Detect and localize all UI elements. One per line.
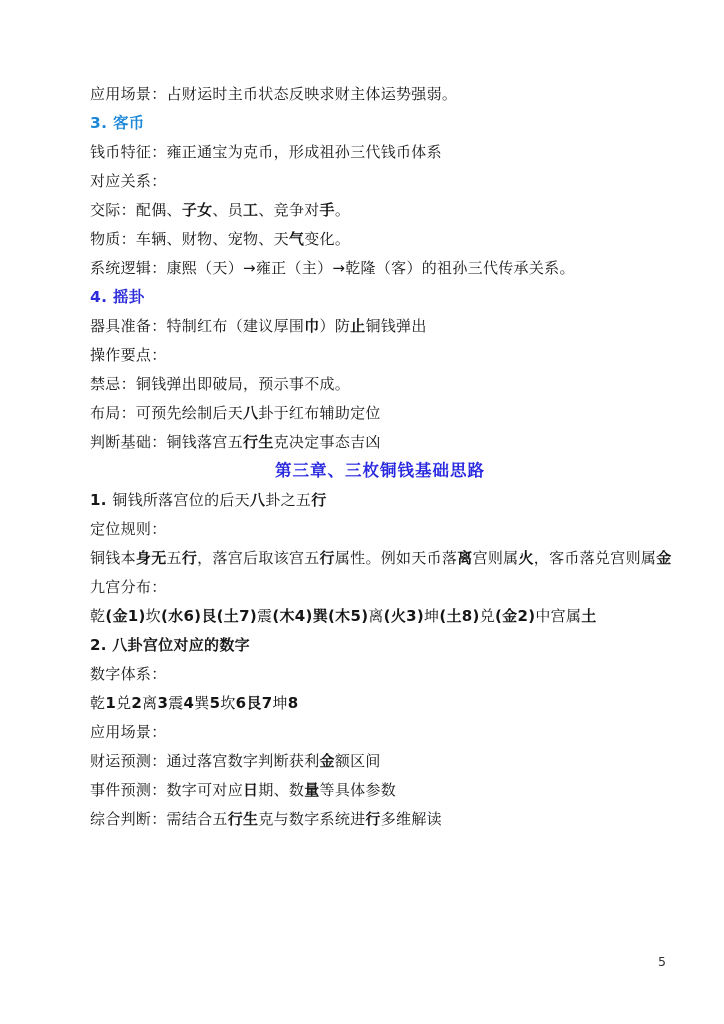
page-number: 5	[658, 954, 666, 969]
text-segment: 、员	[212, 201, 243, 219]
text-segment: 坎	[146, 607, 161, 625]
text-segment: 量	[304, 781, 319, 799]
body-paragraph: 财运预测：通过落宫数字判断获利金额区间	[90, 753, 670, 769]
text-segment: 布局：可预先绘制后天	[90, 404, 243, 422]
body-paragraph: 判断基础：铜钱落宫五行生克决定事态吉凶	[90, 434, 670, 450]
text-segment: 宫则属	[473, 549, 519, 567]
text-segment: 金	[656, 549, 671, 567]
text-segment: 交际：配偶、	[90, 201, 182, 219]
text-segment: 。	[335, 201, 350, 219]
section-heading: 3. 客币	[90, 115, 670, 131]
text-segment: 止	[350, 317, 365, 335]
body-paragraph: 2. 八卦宫位对应的数字	[90, 637, 670, 653]
text-segment: 应用场景：	[90, 723, 167, 741]
text-segment: 铜钱所落宫位的后天	[112, 491, 250, 509]
text-segment: 坎	[220, 694, 235, 712]
text-segment: 1.	[90, 491, 112, 509]
text-segment: 第三章、三枚铜钱基础思路	[275, 461, 485, 480]
body-paragraph: 乾(金1)坎(水6)艮(土7)震(木4)巽(木5)离(火3)坤(土8)兑(金2)…	[90, 608, 670, 624]
text-segment: 铜钱弹出	[365, 317, 426, 335]
chapter-heading: 第三章、三枚铜钱基础思路	[90, 463, 670, 479]
body-paragraph: 交际：配偶、子女、员工、竞争对手。	[90, 202, 670, 218]
text-segment: 九宫分布：	[90, 578, 167, 596]
text-segment: 巽	[313, 607, 328, 625]
body-paragraph: 综合判断：需结合五行生克与数字系统进行多维解读	[90, 811, 670, 827]
text-segment: 禁忌：铜钱弹出即破局，预示事不成。	[90, 375, 350, 393]
text-segment: 7	[262, 694, 273, 712]
text-segment: 对应关系：	[90, 172, 167, 190]
body-paragraph: 事件预测：数字可对应日期、数量等具体参数	[90, 782, 670, 798]
text-segment: 器具准备：特制红布（建议厚围	[90, 317, 304, 335]
text-segment: (木5)	[328, 607, 368, 625]
text-segment: 等具体参数	[320, 781, 397, 799]
text-segment: 行	[182, 549, 197, 567]
text-segment: 兑	[116, 694, 131, 712]
text-segment: 坤	[424, 607, 439, 625]
text-segment: 行生	[243, 433, 274, 451]
text-segment: (土8)	[439, 607, 479, 625]
text-segment: 8	[288, 694, 299, 712]
body-paragraph: 布局：可预先绘制后天八卦于红布辅助定位	[90, 405, 670, 421]
text-segment: 综合判断：需结合五	[90, 810, 228, 828]
text-segment: 巾	[304, 317, 319, 335]
text-segment: 应用场景：占财运时主币状态反映求财主体运势强弱。	[90, 85, 457, 103]
text-segment: 钱币特征：雍正通宝为克币，形成祖孙三代钱币体系	[90, 143, 442, 161]
text-segment: 系统逻辑：康熙（天）→雍正（主）→乾隆（客）的祖孙三代传承关系。	[90, 259, 575, 277]
text-segment: 金	[320, 752, 335, 770]
text-segment: 五	[167, 549, 182, 567]
text-segment: (木4)	[272, 607, 312, 625]
text-segment: 2	[131, 694, 142, 712]
text-segment: ）防	[320, 317, 351, 335]
text-segment: 坤	[272, 694, 287, 712]
text-segment: 卦于红布辅助定位	[258, 404, 380, 422]
text-segment: 克与数字系统进	[258, 810, 365, 828]
text-segment: 3	[157, 694, 168, 712]
body-paragraph: 九宫分布：	[90, 579, 670, 595]
text-segment: 乾	[90, 607, 105, 625]
text-segment: 、竞争对	[258, 201, 319, 219]
document-body: 应用场景：占财运时主币状态反映求财主体运势强弱。3. 客币钱币特征：雍正通宝为克…	[90, 86, 670, 840]
body-paragraph: 物质：车辆、财物、宠物、天气变化。	[90, 231, 670, 247]
body-paragraph: 定位规则：	[90, 521, 670, 537]
text-segment: 3. 客币	[90, 114, 145, 132]
text-segment: 行	[311, 491, 326, 509]
text-segment: 震	[257, 607, 272, 625]
text-segment: 2. 八卦宫位对应的数字	[90, 636, 250, 654]
text-segment: (金2)	[495, 607, 535, 625]
body-paragraph: 禁忌：铜钱弹出即破局，预示事不成。	[90, 376, 670, 392]
body-paragraph: 乾1兑2离3震4巽5坎6艮7坤8	[90, 695, 670, 711]
section-heading: 4. 摇卦	[90, 289, 670, 305]
text-segment: 艮	[201, 607, 216, 625]
body-paragraph: 系统逻辑：康熙（天）→雍正（主）→乾隆（客）的祖孙三代传承关系。	[90, 260, 670, 276]
text-segment: 5	[210, 694, 221, 712]
text-segment: (水6)	[161, 607, 201, 625]
text-segment: 事件预测：数字可对应	[90, 781, 243, 799]
text-segment: 土	[581, 607, 596, 625]
body-paragraph: 铜钱本身无五行，落宫后取该宫五行属性。例如天币落离宫则属火，客币落兑宫则属金	[90, 550, 670, 566]
text-segment: 八	[243, 404, 258, 422]
body-paragraph: 操作要点：	[90, 347, 670, 363]
text-segment: 4. 摇卦	[90, 288, 145, 306]
text-segment: (金1)	[105, 607, 145, 625]
text-segment: 属性。例如天币落	[335, 549, 457, 567]
text-segment: 身无	[136, 549, 167, 567]
text-segment: 判断基础：铜钱落宫五	[90, 433, 243, 451]
body-paragraph: 应用场景：	[90, 724, 670, 740]
text-segment: 操作要点：	[90, 346, 167, 364]
text-segment: 子女	[182, 201, 213, 219]
text-segment: 离	[142, 694, 157, 712]
text-segment: 财运预测：通过落宫数字判断获利	[90, 752, 320, 770]
text-segment: 行生	[228, 810, 259, 828]
text-segment: 6	[236, 694, 247, 712]
text-segment: 行	[320, 549, 335, 567]
text-segment: 期、数	[258, 781, 304, 799]
text-segment: 日	[243, 781, 258, 799]
text-segment: 中宫属	[535, 607, 581, 625]
text-segment: 八	[250, 491, 265, 509]
text-segment: 工	[243, 201, 258, 219]
text-segment: 乾	[90, 694, 105, 712]
body-paragraph: 器具准备：特制红布（建议厚围巾）防止铜钱弹出	[90, 318, 670, 334]
text-segment: 震	[168, 694, 183, 712]
text-segment: 手	[320, 201, 335, 219]
text-segment: 卦之五	[265, 491, 311, 509]
text-segment: 行	[365, 810, 380, 828]
text-segment: 离	[457, 549, 472, 567]
text-segment: 气	[289, 230, 304, 248]
text-segment: 兑	[480, 607, 495, 625]
body-paragraph: 数字体系：	[90, 666, 670, 682]
text-segment: 铜钱本	[90, 549, 136, 567]
text-segment: 4	[184, 694, 195, 712]
text-segment: ，客币落兑宫则属	[534, 549, 656, 567]
body-paragraph: 钱币特征：雍正通宝为克币，形成祖孙三代钱币体系	[90, 144, 670, 160]
text-segment: 艮	[246, 694, 261, 712]
text-segment: 巽	[194, 694, 209, 712]
text-segment: 额区间	[335, 752, 381, 770]
text-segment: 火	[518, 549, 533, 567]
document-page: 应用场景：占财运时主币状态反映求财主体运势强弱。3. 客币钱币特征：雍正通宝为克…	[0, 0, 724, 1024]
text-segment: ，落宫后取该宫五	[197, 549, 319, 567]
text-segment: (土7)	[217, 607, 257, 625]
text-segment: 1	[105, 694, 116, 712]
body-paragraph: 应用场景：占财运时主币状态反映求财主体运势强弱。	[90, 86, 670, 102]
text-segment: 变化。	[304, 230, 350, 248]
body-paragraph: 对应关系：	[90, 173, 670, 189]
text-segment: 多维解读	[381, 810, 442, 828]
text-segment: (火3)	[384, 607, 424, 625]
text-segment: 克决定事态吉凶	[274, 433, 381, 451]
text-segment: 定位规则：	[90, 520, 167, 538]
text-segment: 数字体系：	[90, 665, 167, 683]
text-segment: 离	[368, 607, 383, 625]
text-segment: 物质：车辆、财物、宠物、天	[90, 230, 289, 248]
body-paragraph: 1. 铜钱所落宫位的后天八卦之五行	[90, 492, 670, 508]
